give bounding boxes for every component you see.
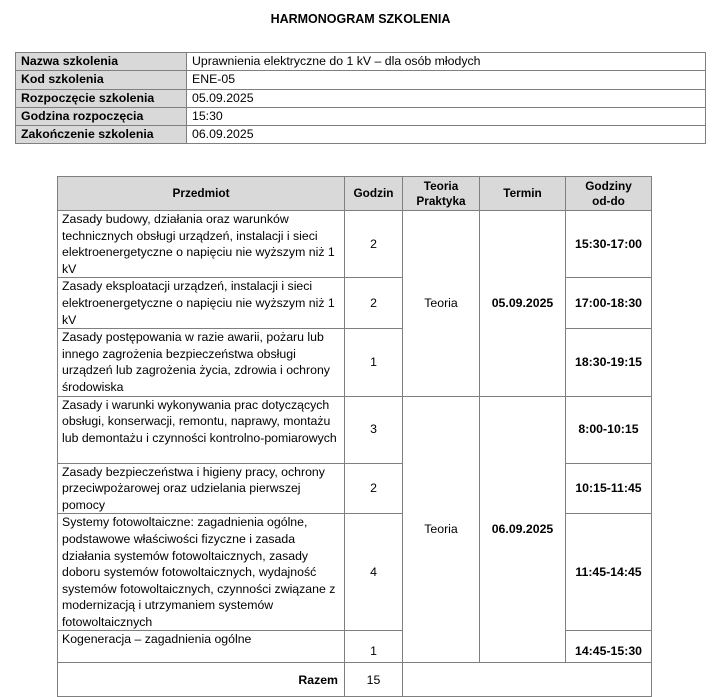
schedule-header: Przedmiot Godzin TeoriaPraktyka Termin G…: [58, 177, 652, 211]
table-row: Zasady i warunki wykonywania prac dotycz…: [58, 396, 652, 463]
hours-cell: 2: [345, 211, 403, 278]
header-hours: Godzin: [345, 177, 403, 211]
time-cell: 15:30-17:00: [566, 211, 652, 278]
schedule-table: Przedmiot Godzin TeoriaPraktyka Termin G…: [57, 176, 652, 697]
document-title: HARMONOGRAM SZKOLENIA: [0, 12, 721, 26]
info-row: Kod szkolenia ENE-05: [16, 71, 706, 89]
time-cell: 14:45-15:30: [566, 631, 652, 663]
info-label: Godzina rozpoczęcia: [16, 107, 187, 125]
total-hours: 15: [345, 663, 403, 697]
header-time: Godzinyod-do: [566, 177, 652, 211]
hours-cell: 1: [345, 329, 403, 396]
subject-cell: Zasady bezpieczeństwa i higieny pracy, o…: [58, 463, 345, 514]
total-row: Razem 15: [58, 663, 652, 697]
header-subject: Przedmiot: [58, 177, 345, 211]
info-value: 05.09.2025: [187, 89, 706, 107]
hours-cell: 2: [345, 278, 403, 329]
hours-cell: 1: [345, 631, 403, 663]
info-row: Zakończenie szkolenia 06.09.2025: [16, 126, 706, 144]
subject-cell: Zasady eksploatacji urządzeń, instalacji…: [58, 278, 345, 329]
header-type: TeoriaPraktyka: [403, 177, 480, 211]
date-cell: 05.09.2025: [480, 211, 566, 397]
subject-cell: Zasady postępowania w razie awarii, poża…: [58, 329, 345, 396]
info-row: Rozpoczęcie szkolenia 05.09.2025: [16, 89, 706, 107]
info-label: Nazwa szkolenia: [16, 53, 187, 71]
hours-cell: 4: [345, 514, 403, 631]
info-label: Kod szkolenia: [16, 71, 187, 89]
table-row: Zasady budowy, działania oraz warunków t…: [58, 211, 652, 278]
header-date: Termin: [480, 177, 566, 211]
hours-cell: 3: [345, 396, 403, 463]
type-cell: Teoria: [403, 396, 480, 663]
info-value: Uprawnienia elektryczne do 1 kV – dla os…: [187, 53, 706, 71]
info-value: ENE-05: [187, 71, 706, 89]
total-label: Razem: [58, 663, 345, 697]
time-cell: 18:30-19:15: [566, 329, 652, 396]
time-cell: 10:15-11:45: [566, 463, 652, 514]
subject-cell: Zasady i warunki wykonywania prac dotycz…: [58, 396, 345, 463]
type-cell: Teoria: [403, 211, 480, 397]
info-value: 06.09.2025: [187, 126, 706, 144]
info-value: 15:30: [187, 107, 706, 125]
hours-cell: 2: [345, 463, 403, 514]
subject-cell: Zasady budowy, działania oraz warunków t…: [58, 211, 345, 278]
time-cell: 17:00-18:30: [566, 278, 652, 329]
time-cell: 8:00-10:15: [566, 396, 652, 463]
total-empty-cell: [403, 663, 652, 697]
time-cell: 11:45-14:45: [566, 514, 652, 631]
training-info-table: Nazwa szkolenia Uprawnienia elektryczne …: [15, 52, 706, 144]
info-label: Rozpoczęcie szkolenia: [16, 89, 187, 107]
info-label: Zakończenie szkolenia: [16, 126, 187, 144]
subject-cell: Systemy fotowoltaiczne: zagadnienia ogól…: [58, 514, 345, 631]
info-row: Godzina rozpoczęcia 15:30: [16, 107, 706, 125]
date-cell: 06.09.2025: [480, 396, 566, 663]
info-row: Nazwa szkolenia Uprawnienia elektryczne …: [16, 53, 706, 71]
subject-cell: Kogeneracja – zagadnienia ogólne: [58, 631, 345, 663]
